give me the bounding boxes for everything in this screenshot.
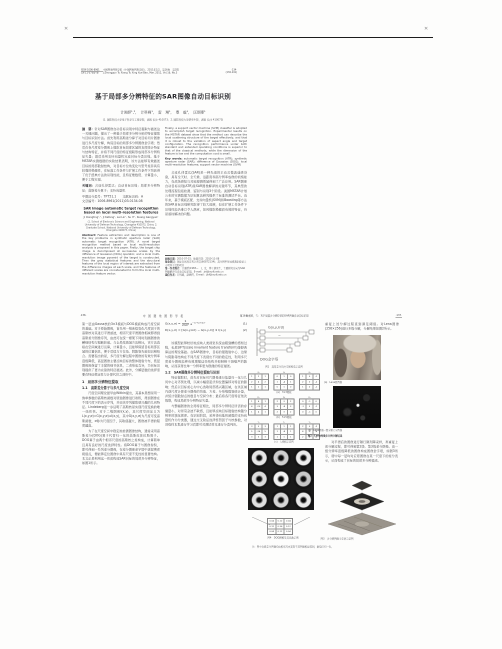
page3-footline: 注：图中各级差分图像均由相邻尺度高斯平滑图像相减得到，数值已归一化。	[252, 545, 358, 549]
page1-left-column: 摘 要：针对SAR图像自动目标识别中特征提取与描述这一关键问题，提出了一种基于局…	[82, 127, 160, 277]
affiliation-line: (1. 国防科技大学电子科学与工程学院，湖南 长沙 410073；2. 国防科技…	[78, 118, 248, 122]
flowchart-minus-label: −	[278, 334, 281, 338]
template-row-caption: (b) 5×5模板	[248, 416, 320, 419]
page3-right-intro: 重复上述分解过程直到满足阈值。对Lena图像(256×256)进行多级分解，分解…	[325, 322, 399, 331]
fig1-caption: 图1 高斯差分尺度空间构造示意图	[246, 365, 322, 369]
page-2: ·136· 中 国 图 象 图 形 学 报 第16卷 第一层由Gauss核的3×…	[78, 312, 248, 544]
page3-running-head: 计湘婷，等：基于局部多分辨特征的SAR图像自动目标识别	[246, 314, 366, 318]
page2-paragraph: 该模型能够较好地反映人类视觉系统由粗到精的感知过程，也是SIFT(scale i…	[165, 341, 247, 369]
scanned-paper-sheet: { "misc": { "crop_mark": "✕" }, "journal…	[0, 0, 502, 649]
lena-original-image	[333, 335, 381, 380]
lena-caption-b: (b) Lena图像一级分解差分图像	[293, 429, 357, 432]
authors-line: 计湘婷¹,²， 计科峰¹， 雷 琳¹， 粟 毅¹， 匡纲要¹	[78, 110, 248, 115]
dog-callout-table: 0.040.120.040.120.360.120.040.120.04	[267, 518, 293, 535]
crop-mark-left-icon: ✕	[64, 26, 68, 32]
template-row-caption: (a) 3×3模板	[248, 391, 320, 394]
page2-right-column: 该模型能够较好地反映人类视觉系统由粗到精的感知过程，也是SIFT(scale i…	[165, 341, 247, 428]
journal-page-block: ·134· (134-141)	[214, 69, 237, 74]
page2-paragraph: 第一层由Gauss核的3×3模板与DOG模板构成尺度空间的基础。对于原始图像，首…	[82, 322, 160, 377]
dog-template-table: D₂2323-83232	[274, 396, 295, 415]
flowchart-bottom-label: DOG金字塔	[260, 357, 279, 362]
template-row-caption: (c) 大模板示意图	[248, 441, 320, 444]
crop-mark-right-icon: ✕	[424, 26, 428, 32]
masthead-en: J·Zhongguo Tu Xiang Tu Xing Xue Bao, Mar…	[103, 72, 189, 75]
page3-page-no: ·137·	[388, 314, 402, 317]
abstract-en-part1: Abstract: Feature extraction and descrip…	[82, 234, 160, 276]
section-heading-1: 1 局部多分辨特征提取	[82, 379, 160, 384]
lena-difference-image	[333, 386, 381, 428]
paper-title: 基于局部多分辨特征的SAR图像自动目标识别	[78, 91, 248, 101]
equation-2: D(x,y,σ) = [G(x,y,kσ) − G(x,y,σ)] ∗ I(x,…	[165, 329, 247, 333]
footnote-corresponding: 通信作者：计科峰，副教授。E-mail：jikf@nudt.edu.cn	[165, 274, 247, 277]
dog-template-table: T₂1111-81111	[274, 421, 295, 440]
dog-template-table: G₁121242121	[248, 371, 269, 390]
journal-issn-block: ISSN 1006-8961 CN 11-3758/TB	[81, 69, 103, 75]
fig2-caption: 图2 Lena图像多分辨分解结果	[293, 434, 357, 438]
footnote-block: 收稿日期：2010-07-15；修回日期：2010-11-08 基金项目：国家自…	[165, 258, 247, 277]
dog-template-table: D₁1414-204141	[248, 396, 269, 415]
cn-line: CN 11-3758/TB	[81, 72, 103, 75]
introduction-cn: 合成孔径雷达(SAR)是一种先进的主动式微波遥感设备，具有全天时、全天候、远距离…	[165, 170, 247, 216]
keywords-en: Key words: automatic target recognition …	[165, 157, 247, 167]
page-1: ISSN 1006-8961 CN 11-3758/TB 中国图象图形学报（中国…	[78, 66, 248, 302]
abstract-cn: 摘 要：针对SAR图像自动目标识别中特征提取与描述这一关键问题，提出了一种基于局…	[82, 127, 160, 182]
lena-caption-a: (a) Lena原图像	[309, 381, 357, 384]
equation-block: G(x,y,σ) = 12πσ² e−(x²+y²)/2σ² (1) D(x,y…	[165, 320, 247, 334]
page2-paragraph: 与整幅图像的全局特征相比，局部多分辨特征所需的存储量小，对背景杂波不敏感，且能够…	[165, 404, 247, 427]
keywords-cn: 关键词：合成孔径雷达；自动目标识别；局部多分辨特征；高斯差分算子；支持向量机	[82, 184, 160, 193]
footnote-separator-rule	[165, 255, 191, 256]
page3-right-paragraph: 对平滑后的图像进行隔行隔列降采样，再重复上述分解过程，即可得到第2级、第3级差分…	[325, 440, 398, 463]
journal-page-range: (134-141)	[214, 72, 237, 75]
title-en: SAR image automatic target recognition b…	[82, 207, 160, 215]
journal-masthead: 中国图象图形学报（中国图象图形学报），2011年3月，第16卷 第3期 J·Zh…	[103, 69, 189, 75]
dog-template-table: D₃0-10-15-10-10	[299, 396, 320, 415]
page2-issue: 第16卷	[218, 314, 248, 318]
fig1-dog-flowchart: G(x,y,kⁱσ) − DOG金字塔	[248, 324, 320, 364]
affiliation-en: (1. School of Electronic Science and Eng…	[82, 221, 160, 232]
flowchart-top-label: G(x,y,kⁱσ)	[268, 326, 285, 330]
clc-line-2: 文章编号：1006-8961(2011)03-0134-08	[82, 199, 160, 204]
authors-en: Ji Xiangting¹,², Ji Kefeng¹, Lei Lin¹, S…	[82, 216, 160, 221]
dog-pattern-image	[248, 448, 314, 510]
section-heading-1-2: 1.2 SAR图像多分辨特征提取与识别	[165, 370, 247, 375]
fraction: 12πσ²	[182, 320, 189, 327]
page2-paragraph: 尺度空间理论最早由Witkin提出，其基本思想是用一族单参数的高斯核函数对原始图…	[82, 391, 160, 428]
template-row: D₁1414-204141D₂2323-83232D₃0-10-15-10-10	[248, 396, 320, 415]
equation-1: G(x,y,σ) = 12πσ² e−(x²+y²)/2σ² (1)	[165, 320, 247, 327]
page2-paragraph: 为了在尺度空间中稳定地检测图像结构，通常采用高斯差分(DOG)算子代替归一化的高…	[82, 429, 160, 466]
page2-left-column: 第一层由Gauss核的3×3模板与DOG模板构成尺度空间的基础。对于原始图像，首…	[82, 322, 160, 467]
section-heading-1-1: 1.1 高斯差分算子与多尺度空间	[82, 386, 160, 391]
dog-callout-wrap: 0.040.120.040.120.360.120.040.120.04	[267, 518, 293, 535]
abstract-en-part2: Finally, a support vector machine (SVM) …	[165, 127, 247, 156]
dog-template-table: T₁3535-165353	[248, 421, 269, 440]
page1-right-column: Finally, a support vector machine (SVM) …	[165, 127, 247, 217]
callout-lines	[248, 510, 314, 518]
page-3: 计湘婷，等：基于局部多分辨特征的SAR图像自动目标识别 ·137· G(x,y,…	[246, 312, 402, 556]
fig3-pyramid-image	[326, 480, 398, 536]
top-scan-rule	[73, 37, 433, 38]
page2-paragraph: 特征提取时，首先对目标切片图像进行能量归一化与几何中心对齐预处理，以减小幅度起伏…	[165, 376, 247, 404]
fig3-caption: 图3 多分辨图像金字塔示意图	[302, 537, 372, 541]
dog-template-table: G₂0101-41010	[274, 371, 295, 390]
